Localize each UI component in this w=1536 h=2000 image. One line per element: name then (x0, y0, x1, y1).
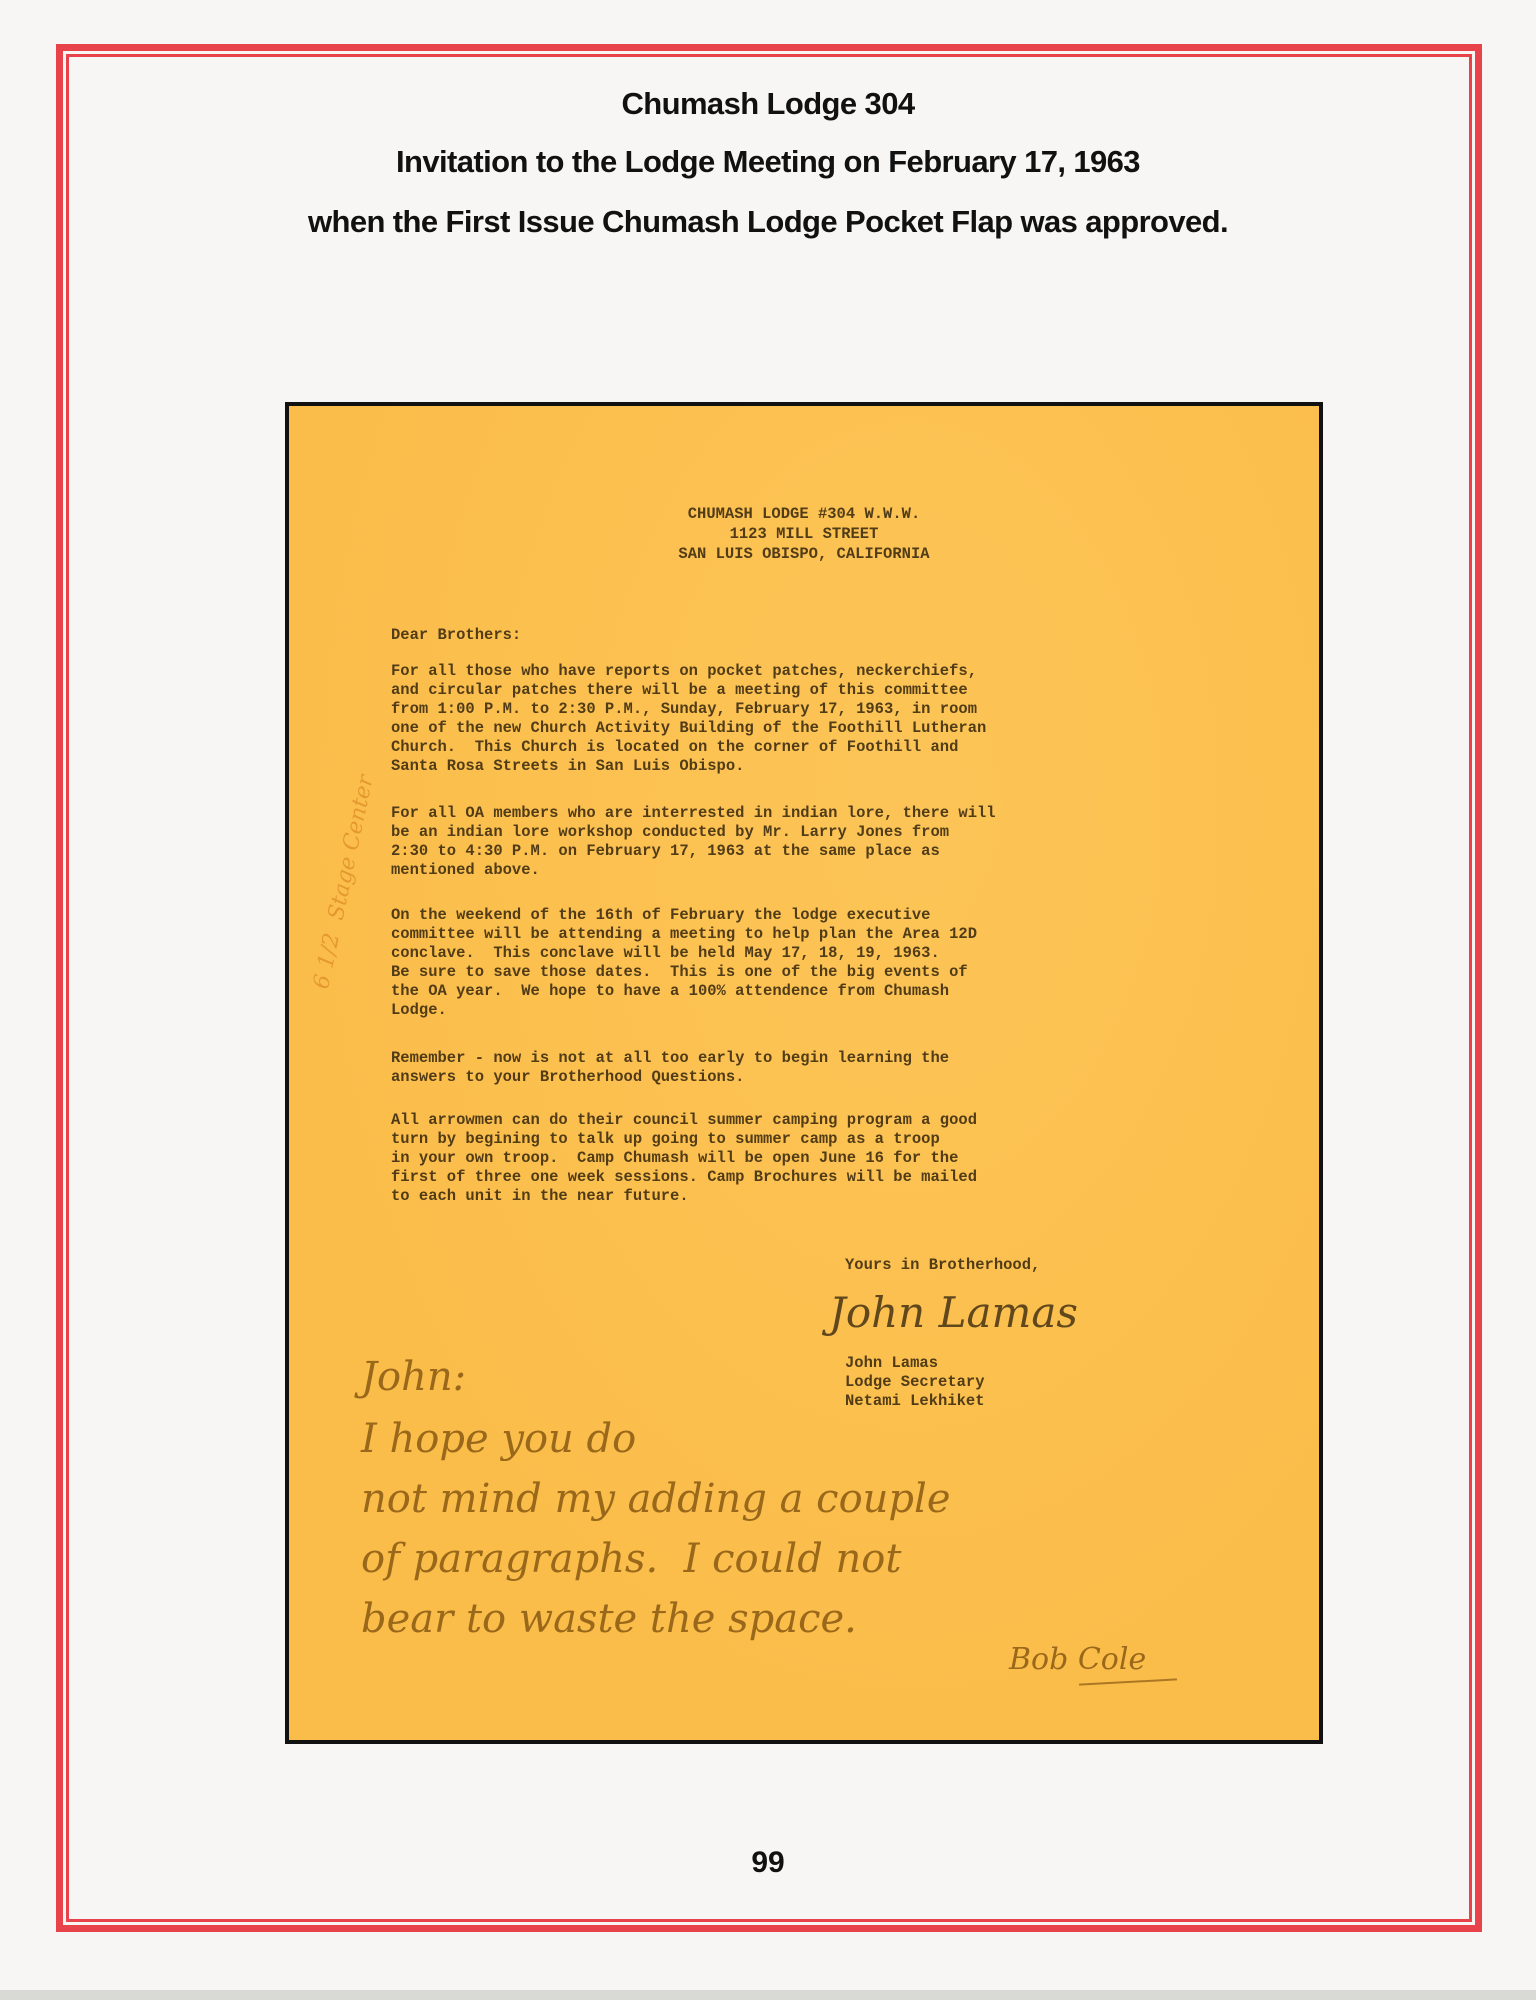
handwritten-note-line: of paragraphs. I could not (361, 1536, 901, 1582)
handwritten-signature: Bob Cole (1009, 1642, 1146, 1677)
page-title: Chumash Lodge 304 (0, 86, 1536, 122)
letter-paragraph: For all those who have reports on pocket… (391, 662, 986, 776)
letter-paragraph: On the weekend of the 16th of February t… (391, 906, 977, 1020)
page-number: 99 (0, 1846, 1536, 1880)
handwritten-note-line: I hope you do (361, 1416, 636, 1462)
signature-block: John Lamas Lodge Secretary Netami Lekhik… (845, 1354, 985, 1411)
letter-scan: CHUMASH LODGE #304 W.W.W. 1123 MILL STRE… (285, 402, 1323, 1744)
letter-closing: Yours in Brotherhood, (845, 1256, 1040, 1275)
letter-paragraph: Remember - now is not at all too early t… (391, 1049, 949, 1087)
signature: John Lamas (829, 1288, 1078, 1337)
page-subtitle: Invitation to the Lodge Meeting on Febru… (0, 144, 1536, 180)
scan-edge (0, 1990, 1536, 2000)
signature-underline (1079, 1678, 1177, 1685)
margin-annotation: 6 1/2 Stage Center (309, 773, 379, 991)
salutation: Dear Brothers: (391, 626, 521, 645)
handwritten-note-line: bear to waste the space. (361, 1596, 857, 1642)
letter-paragraph: All arrowmen can do their council summer… (391, 1111, 977, 1206)
letterhead: CHUMASH LODGE #304 W.W.W. 1123 MILL STRE… (289, 504, 1319, 564)
letter-paragraph: For all OA members who are interrested i… (391, 804, 996, 880)
handwritten-note-line: John: (361, 1354, 466, 1400)
handwritten-note-line: not mind my adding a couple (361, 1476, 951, 1522)
page-subtitle-2: when the First Issue Chumash Lodge Pocke… (0, 204, 1536, 240)
